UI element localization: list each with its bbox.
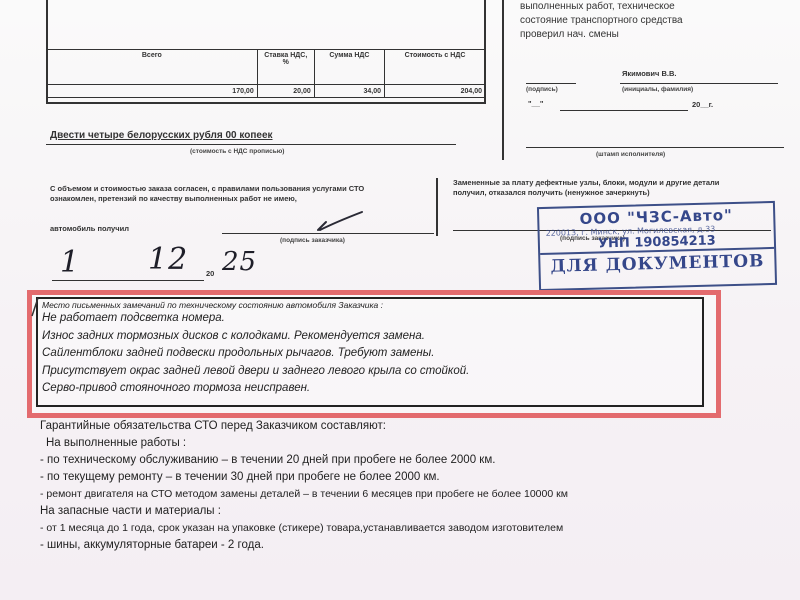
inspector-signature-line	[526, 83, 576, 84]
header-cost-with-vat: Стоимость с НДС	[385, 50, 486, 85]
value-cost-with-vat: 204,00	[385, 85, 486, 98]
stamp-caption: (штамп исполнителя)	[596, 151, 665, 158]
remarks-box: Место письменных замечаний по техническо…	[36, 297, 704, 407]
replaced-parts-text: Замененные за плату дефектные узлы, блок…	[453, 178, 753, 198]
value-vat-sum: 34,00	[314, 85, 384, 98]
car-received-label: автомобиль получил	[50, 224, 129, 234]
header-total: Всего	[47, 50, 258, 85]
remark-item: Серво-привод стояночного тормоза неиспра…	[42, 380, 698, 398]
remark-item: Не работает подсветка номера.	[42, 310, 698, 328]
warranty-work-item: - по техническому обслуживанию – в течен…	[40, 452, 780, 469]
totals-values-row: 170,00 20,00 34,00 204,00	[47, 85, 486, 98]
handwritten-month: 12	[148, 242, 188, 277]
inspector-date-day: "__"	[528, 99, 543, 109]
inspection-line-1: выполненных работ, техническое	[520, 0, 780, 14]
inspection-block: выполненных работ, техническое состояние…	[520, 0, 780, 42]
warranty-section: Гарантийные обязательства СТО перед Зака…	[40, 418, 780, 554]
warranty-parts-label: На запасные части и материалы :	[40, 503, 780, 520]
totals-header-row: Всего Ставка НДС, % Сумма НДС Стоимость …	[47, 50, 486, 85]
value-total: 170,00	[47, 85, 258, 98]
signature-checkmark-icon	[316, 208, 366, 234]
remarks-header: Место письменных замечаний по техническо…	[42, 300, 698, 310]
remark-item: Сайлентблоки задней подвески продольных …	[42, 345, 698, 363]
customer-agreement-text: С объемом и стоимостью заказа согласен, …	[50, 184, 410, 204]
header-vat-sum: Сумма НДС	[314, 50, 384, 85]
inspector-signature-caption: (подпись)	[526, 86, 558, 93]
warranty-works-label: На выполненные работы :	[40, 435, 780, 452]
warranty-title: Гарантийные обязательства СТО перед Зака…	[40, 418, 780, 435]
inspection-line-3: проверил нач. смены	[520, 28, 780, 42]
inspector-name-line	[620, 83, 778, 84]
remark-item: Износ задних тормозных дисков с колодкам…	[42, 328, 698, 346]
pen-stroke-icon	[28, 296, 42, 318]
inspector-date-line	[560, 110, 688, 111]
inspector-name: Якимович В.В.	[622, 69, 676, 79]
warranty-part-item: - шины, аккумуляторные батареи - 2 года.	[40, 537, 780, 554]
remark-item: Присутствует окрас задней левой двери и …	[42, 363, 698, 381]
inspection-line-2: состояние транспортного средства	[520, 14, 780, 28]
amount-in-words-line	[46, 144, 456, 145]
date-line	[52, 280, 204, 281]
warranty-part-item: - от 1 месяца до 1 года, срок указан на …	[40, 520, 780, 537]
column-divider	[502, 0, 504, 160]
company-stamp: ООО "ЧЗС-Авто" 220013, г. Минск, ул. Мог…	[537, 201, 777, 291]
value-vat-rate: 20,00	[257, 85, 314, 98]
agreement-divider	[436, 178, 438, 236]
inspector-initials-caption: (инициалы, фамилия)	[622, 86, 693, 93]
year-prefix: 20	[206, 269, 214, 279]
totals-table: Всего Ставка НДС, % Сумма НДС Стоимость …	[46, 49, 486, 98]
stamp-purpose: ДЛЯ ДОКУМЕНТОВ	[540, 247, 775, 277]
header-vat-rate: Ставка НДС, %	[257, 50, 314, 85]
handwritten-year: 25	[222, 247, 257, 277]
customer-signature-caption: (подпись заказчика)	[280, 237, 345, 244]
amount-in-words: Двести четыре белорусских рубля 00 копее…	[50, 130, 273, 141]
inspector-date-year: 20__г.	[692, 100, 713, 110]
stamp-line	[526, 147, 784, 148]
handwritten-day: 1	[60, 245, 80, 280]
warranty-work-item: - ремонт двигателя на СТО методом замены…	[40, 486, 780, 503]
amount-in-words-caption: (стоимость с НДС прописью)	[190, 148, 284, 155]
warranty-work-item: - по текущему ремонту – в течении 30 дне…	[40, 469, 780, 486]
